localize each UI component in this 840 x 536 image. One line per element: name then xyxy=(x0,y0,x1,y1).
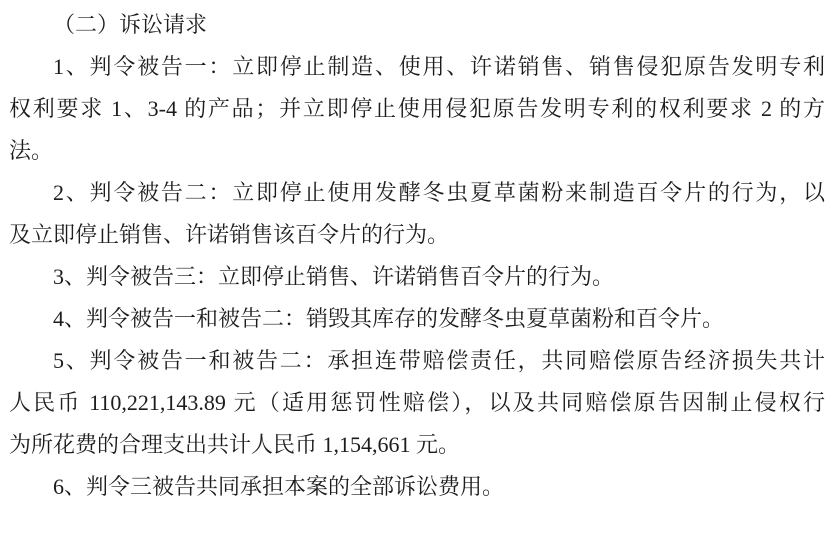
section-heading-text: （二）诉讼请求 xyxy=(9,4,825,46)
text-line: 法。 xyxy=(9,130,825,172)
paragraph-claim-6: 6、判令三被告共同承担本案的全部诉讼费用。 xyxy=(9,466,825,508)
text-line: 4、判令被告一和被告二：销毁其库存的发酵冬虫夏草菌粉和百令片。 xyxy=(9,298,825,340)
paragraphs: 1、判令被告一：立即停止制造、使用、许诺销售、销售侵犯原告发明专利权利要求 1、… xyxy=(9,46,825,508)
text-line: 3、判令被告三：立即停止销售、许诺销售百令片的行为。 xyxy=(9,256,825,298)
section-heading: （二）诉讼请求 xyxy=(9,4,825,46)
litigation-claims-section: （二）诉讼请求 1、判令被告一：立即停止制造、使用、许诺销售、销售侵犯原告发明专… xyxy=(0,0,840,508)
paragraph-claim-1: 1、判令被告一：立即停止制造、使用、许诺销售、销售侵犯原告发明专利权利要求 1、… xyxy=(9,46,825,172)
text-line: 6、判令三被告共同承担本案的全部诉讼费用。 xyxy=(9,466,825,508)
paragraph-claim-5: 5、判令被告一和被告二：承担连带赔偿责任，共同赔偿原告经济损失共计人民币 110… xyxy=(9,340,825,466)
text-line: 2、判令被告二：立即停止使用发酵冬虫夏草菌粉来制造百令片的行为，以 xyxy=(9,172,825,214)
text-line: 5、判令被告一和被告二：承担连带赔偿责任，共同赔偿原告经济损失共计 xyxy=(9,340,825,382)
text-line: 人民币 110,221,143.89 元（适用惩罚性赔偿），以及共同赔偿原告因制… xyxy=(9,382,825,424)
text-line: 为所花费的合理支出共计人民币 1,154,661 元。 xyxy=(9,424,825,466)
text-line: 1、判令被告一：立即停止制造、使用、许诺销售、销售侵犯原告发明专利 xyxy=(9,46,825,88)
document-page: （二）诉讼请求 1、判令被告一：立即停止制造、使用、许诺销售、销售侵犯原告发明专… xyxy=(0,0,840,536)
text-line: 及立即停止销售、许诺销售该百令片的行为。 xyxy=(9,214,825,256)
paragraph-claim-4: 4、判令被告一和被告二：销毁其库存的发酵冬虫夏草菌粉和百令片。 xyxy=(9,298,825,340)
text-line: 权利要求 1、3-4 的产品；并立即停止使用侵犯原告发明专利的权利要求 2 的方 xyxy=(9,88,825,130)
paragraph-claim-3: 3、判令被告三：立即停止销售、许诺销售百令片的行为。 xyxy=(9,256,825,298)
paragraph-claim-2: 2、判令被告二：立即停止使用发酵冬虫夏草菌粉来制造百令片的行为，以及立即停止销售… xyxy=(9,172,825,256)
